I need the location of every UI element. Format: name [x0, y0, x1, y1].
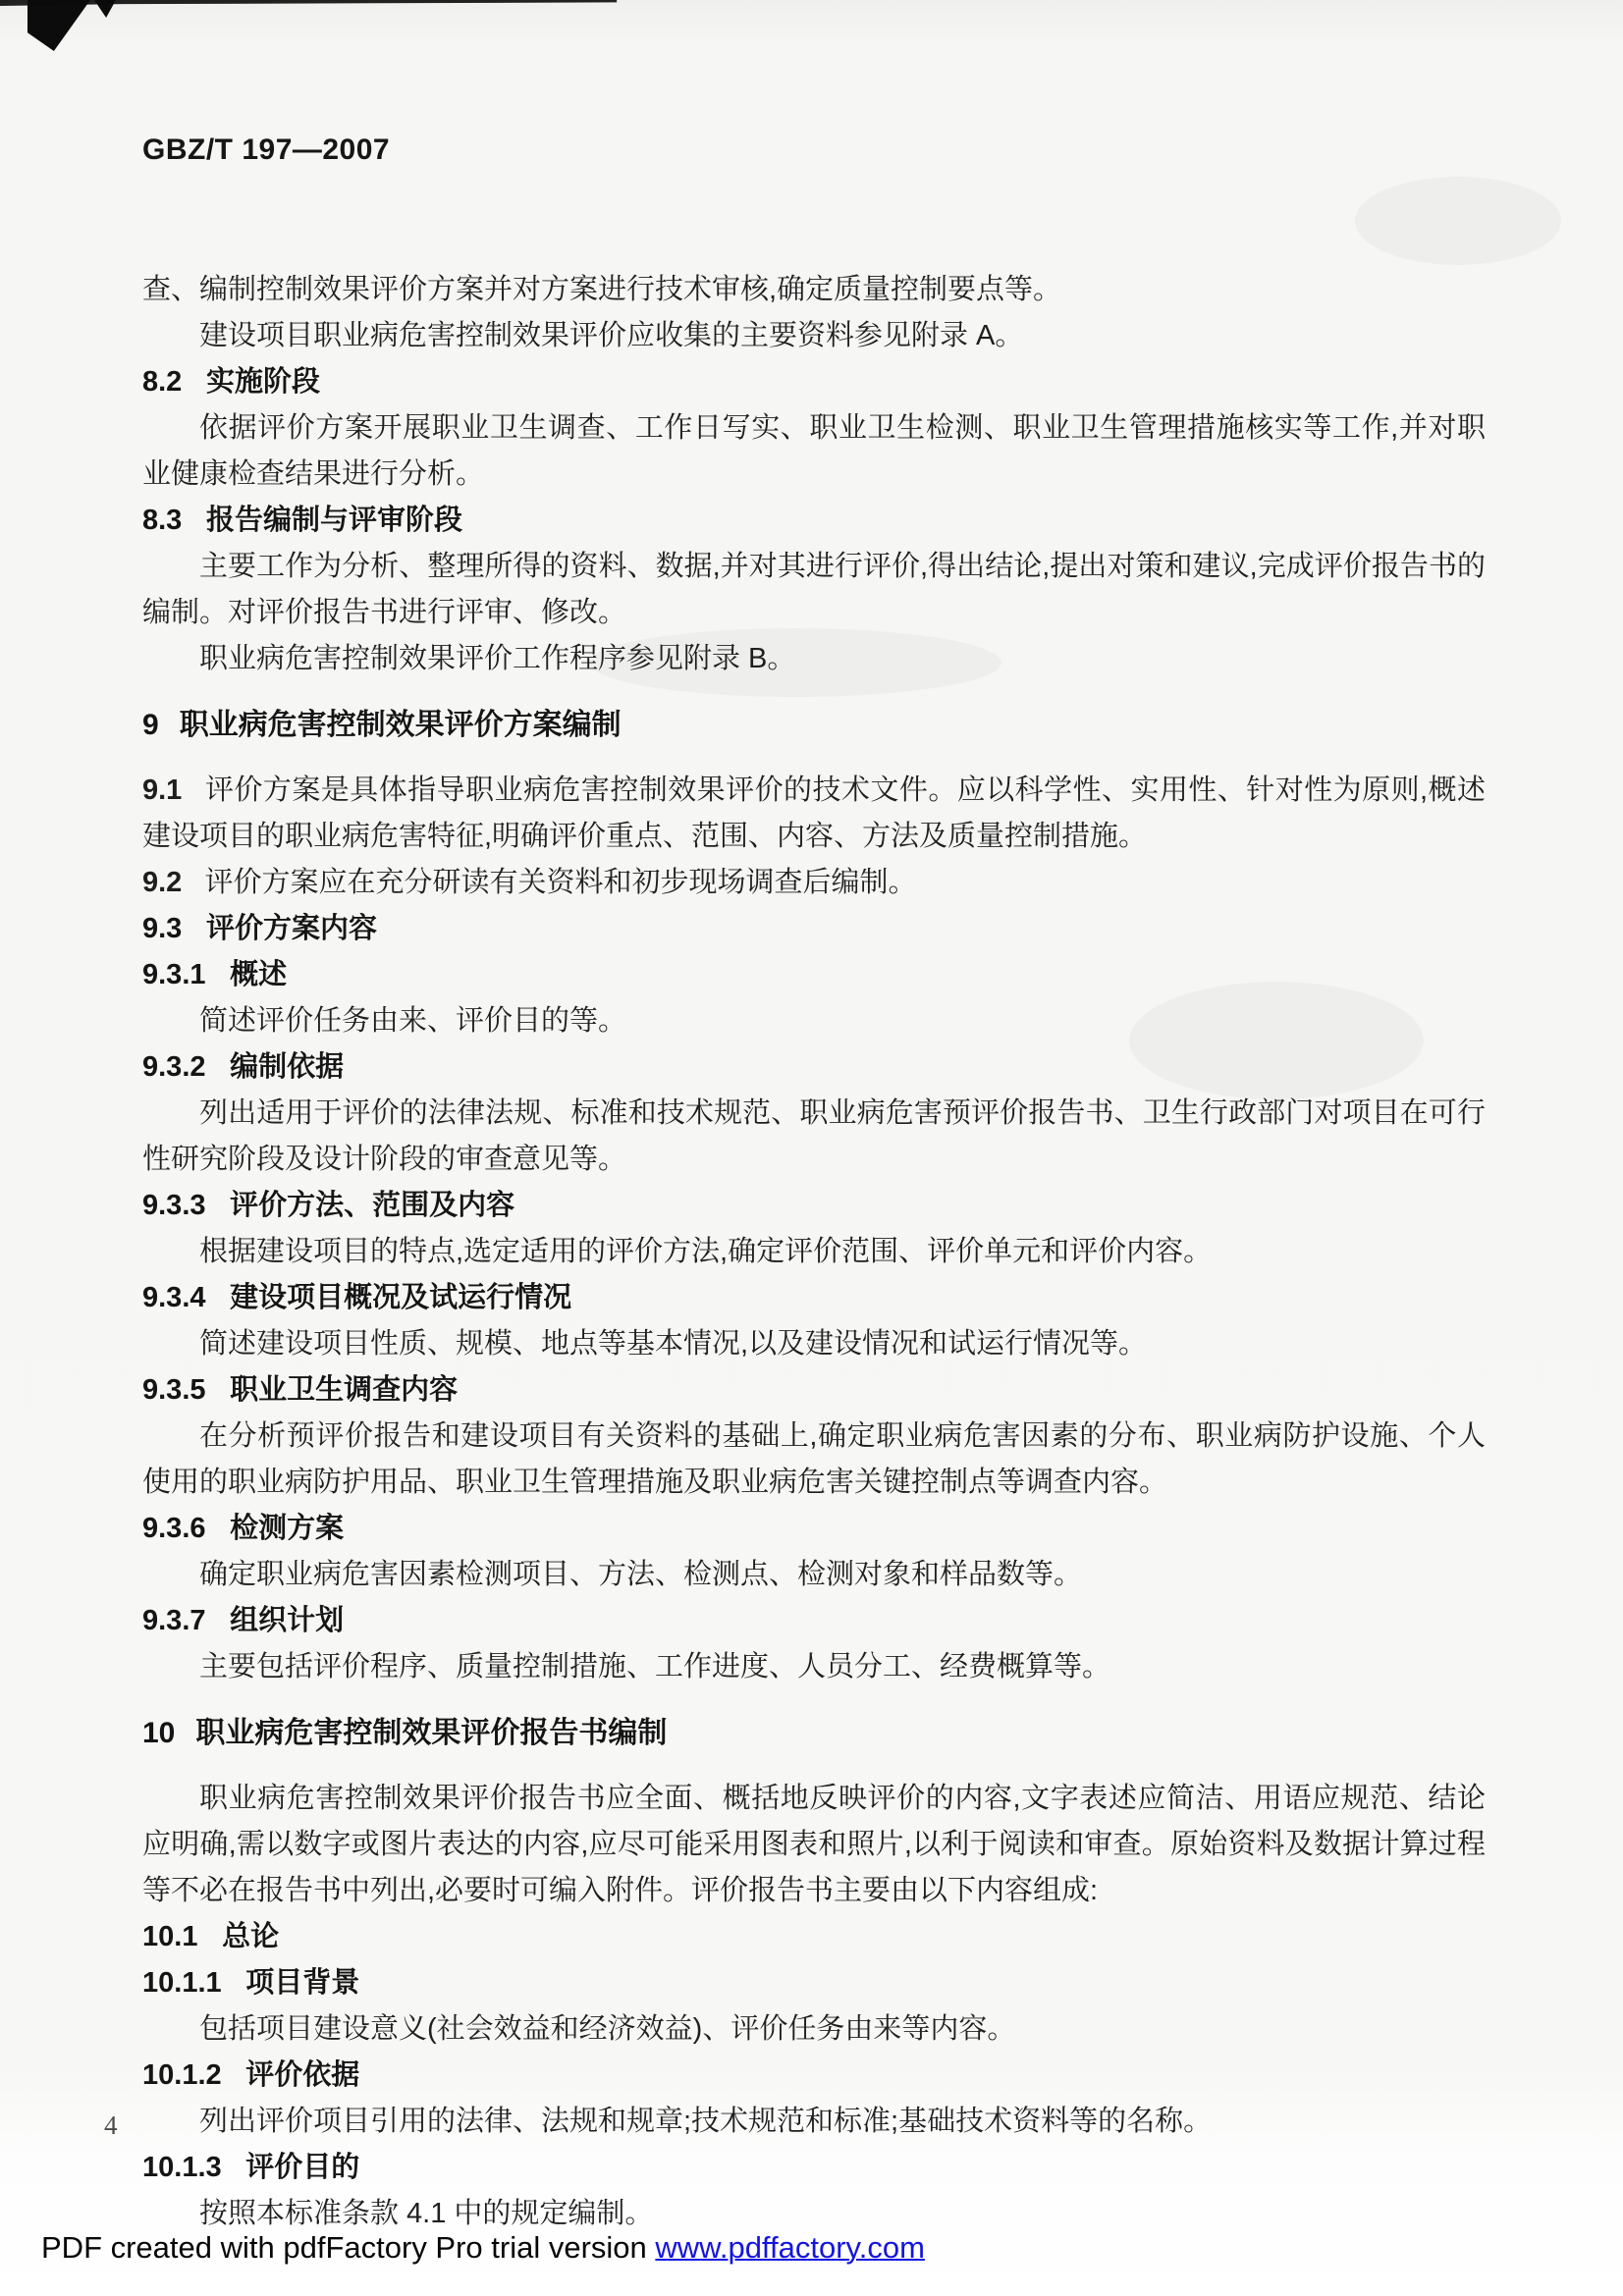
clause-paragraph: 9.1评价方案是具体指导职业病危害控制效果评价的技术文件。应以科学性、实用性、针… [142, 768, 1486, 860]
paragraph: 列出评价项目引用的法律、法规和规章;技术规范和标准;基础技术资料等的名称。 [142, 2099, 1486, 2145]
clause-heading: 10.1.3评价目的 [142, 2145, 1486, 2191]
paragraph-text: 列出评价项目引用的法律、法规和规章;技术规范和标准;基础技术资料等的名称。 [199, 2106, 1212, 2137]
page-number: 4 [104, 2110, 118, 2140]
clause-title: 检测方案 [230, 1513, 344, 1544]
clause-title: 评价方案内容 [206, 913, 377, 944]
clause-number: 9.3.5 [142, 1374, 206, 1406]
clause-number: 9.3.1 [142, 959, 206, 990]
section-number: 10 [142, 1717, 175, 1749]
clause-title: 组织计划 [230, 1605, 344, 1636]
clause-number: 8.3 [142, 505, 182, 536]
clause-number: 10.1.3 [142, 2152, 222, 2183]
clause-title: 评价目的 [245, 2152, 359, 2183]
clause-title: 报告编制与评审阶段 [206, 505, 462, 536]
paragraph-text: 主要包括评价程序、质量控制措施、工作进度、人员分工、经费概算等。 [199, 1651, 1110, 1682]
paragraph: 简述评价任务由来、评价目的等。 [142, 998, 1486, 1044]
section-title: 职业病危害控制效果评价报告书编制 [195, 1717, 667, 1749]
paragraph-text: 按照本标准条款 4.1 中的规定编制。 [199, 2198, 653, 2229]
paragraph-text: 评价方案是具体指导职业病危害控制效果评价的技术文件。应以科学性、实用性、针对性为… [142, 774, 1486, 852]
paragraph-text: 职业病危害控制效果评价报告书应全面、概括地反映评价的内容,文字表述应简洁、用语应… [142, 1783, 1486, 1906]
paragraph-text: 依据评价方案开展职业卫生调查、工作日写实、职业卫生检测、职业卫生管理措施核实等工… [142, 412, 1486, 490]
paragraph-text: 简述建设项目性质、规模、地点等基本情况,以及建设情况和试运行情况等。 [199, 1328, 1147, 1360]
paragraph: 主要包括评价程序、质量控制措施、工作进度、人员分工、经费概算等。 [142, 1644, 1486, 1690]
clause-heading: 9.3.1概述 [142, 952, 1486, 998]
paragraph-text: 确定职业病危害因素检测项目、方法、检测点、检测对象和样品数等。 [199, 1559, 1082, 1590]
scanned-page: GBZ/T 197—2007 查、编制控制效果评价方案并对方案进行技术审核,确定… [0, 0, 1623, 2296]
pdf-footer-text: PDF created with pdfFactory Pro trial ve… [41, 2230, 655, 2265]
section-heading: 9职业病危害控制效果评价方案编制 [142, 702, 1486, 748]
clause-paragraph: 9.2评价方案应在充分研读有关资料和初步现场调查后编制。 [142, 860, 1486, 906]
paragraph-text: 在分析预评价报告和建设项目有关资料的基础上,确定职业病危害因素的分布、职业病防护… [142, 1420, 1486, 1498]
clause-heading: 10.1.2评价依据 [142, 2053, 1486, 2099]
clause-number: 9.3.7 [142, 1605, 206, 1636]
clause-heading: 9.3.2编制依据 [142, 1044, 1486, 1091]
clause-heading: 9.3.6检测方案 [142, 1506, 1486, 1552]
clause-number: 10.1 [142, 1921, 197, 1952]
clause-heading: 8.3报告编制与评审阶段 [142, 498, 1486, 544]
clause-heading: 10.1.1项目背景 [142, 1960, 1486, 2006]
paragraph-text: 包括项目建设意义(社会效益和经济效益)、评价任务由来等内容。 [199, 2013, 1015, 2045]
paragraph: 列出适用于评价的法律法规、标准和技术规范、职业病危害预评价报告书、卫生行政部门对… [142, 1091, 1486, 1183]
paragraph: 简述建设项目性质、规模、地点等基本情况,以及建设情况和试运行情况等。 [142, 1321, 1486, 1367]
paragraph: 包括项目建设意义(社会效益和经济效益)、评价任务由来等内容。 [142, 2006, 1486, 2053]
clause-title: 编制依据 [230, 1051, 344, 1083]
paragraph-text: 评价方案应在充分研读有关资料和初步现场调查后编制。 [205, 867, 917, 898]
pdf-footer-link[interactable]: www.pdffactory.com [655, 2230, 925, 2265]
document-body: GBZ/T 197—2007 查、编制控制效果评价方案并对方案进行技术审核,确定… [142, 131, 1486, 2237]
clause-heading: 9.3.4建设项目概况及试运行情况 [142, 1275, 1486, 1321]
clause-title: 总论 [222, 1921, 279, 1952]
paragraph-text: 职业病危害控制效果评价工作程序参见附录 B。 [199, 643, 795, 674]
standard-number-header: GBZ/T 197—2007 [142, 131, 1486, 170]
paragraph-text: 主要工作为分析、整理所得的资料、数据,并对其进行评价,得出结论,提出对策和建议,… [142, 551, 1486, 628]
section-number: 9 [142, 709, 159, 741]
clause-title: 概述 [230, 959, 287, 990]
section-heading: 10职业病危害控制效果评价报告书编制 [142, 1710, 1486, 1756]
clause-number: 9.3.4 [142, 1282, 206, 1313]
clause-title: 评价方法、范围及内容 [230, 1190, 514, 1221]
pdf-footer: PDF created with pdfFactory Pro trial ve… [41, 2228, 1573, 2268]
clause-number: 9.3.3 [142, 1190, 206, 1221]
paragraph-text: 查、编制控制效果评价方案并对方案进行技术审核,确定质量控制要点等。 [142, 274, 1061, 305]
scan-artifact [27, 0, 90, 51]
paragraph: 根据建设项目的特点,选定适用的评价方法,确定评价范围、评价单元和评价内容。 [142, 1229, 1486, 1275]
paragraph-text: 建设项目职业病危害控制效果评价应收集的主要资料参见附录 A。 [199, 320, 1023, 351]
clause-heading: 9.3.7组织计划 [142, 1598, 1486, 1644]
paragraph: 职业病危害控制效果评价工作程序参见附录 B。 [142, 636, 1486, 682]
clause-heading: 9.3.5职业卫生调查内容 [142, 1367, 1486, 1414]
paragraph: 确定职业病危害因素检测项目、方法、检测点、检测对象和样品数等。 [142, 1552, 1486, 1598]
paragraph-text: 列出适用于评价的法律法规、标准和技术规范、职业病危害预评价报告书、卫生行政部门对… [142, 1097, 1486, 1175]
clause-heading: 9.3评价方案内容 [142, 906, 1486, 952]
paragraph: 查、编制控制效果评价方案并对方案进行技术审核,确定质量控制要点等。 [142, 267, 1486, 313]
clause-heading: 10.1总论 [142, 1914, 1486, 1960]
clause-number: 9.3.2 [142, 1051, 206, 1083]
clause-number: 9.1 [142, 774, 182, 806]
clause-number: 10.1.1 [142, 1967, 222, 1999]
paragraph: 依据评价方案开展职业卫生调查、工作日写实、职业卫生检测、职业卫生管理措施核实等工… [142, 405, 1486, 498]
paragraph-text: 根据建设项目的特点,选定适用的评价方法,确定评价范围、评价单元和评价内容。 [199, 1236, 1212, 1267]
clause-number: 9.2 [142, 867, 182, 898]
clause-number: 9.3.6 [142, 1513, 206, 1544]
clause-number: 9.3 [142, 913, 182, 944]
clause-title: 实施阶段 [206, 366, 320, 398]
paragraph-text: 简述评价任务由来、评价目的等。 [199, 1005, 626, 1037]
clause-heading: 9.3.3评价方法、范围及内容 [142, 1183, 1486, 1229]
section-title: 职业病危害控制效果评价方案编制 [180, 709, 622, 741]
clause-number: 8.2 [142, 366, 182, 398]
clause-title: 评价依据 [245, 2059, 359, 2091]
scan-artifact [0, 0, 1623, 6]
paragraph: 主要工作为分析、整理所得的资料、数据,并对其进行评价,得出结论,提出对策和建议,… [142, 544, 1486, 636]
paragraph: 在分析预评价报告和建设项目有关资料的基础上,确定职业病危害因素的分布、职业病防护… [142, 1414, 1486, 1506]
paragraph: 职业病危害控制效果评价报告书应全面、概括地反映评价的内容,文字表述应简洁、用语应… [142, 1776, 1486, 1914]
paragraph: 建设项目职业病危害控制效果评价应收集的主要资料参见附录 A。 [142, 313, 1486, 359]
clause-title: 建设项目概况及试运行情况 [230, 1282, 571, 1313]
clause-heading: 8.2实施阶段 [142, 359, 1486, 405]
clause-title: 项目背景 [245, 1967, 359, 1999]
clause-number: 10.1.2 [142, 2059, 222, 2091]
clause-title: 职业卫生调查内容 [230, 1374, 458, 1406]
